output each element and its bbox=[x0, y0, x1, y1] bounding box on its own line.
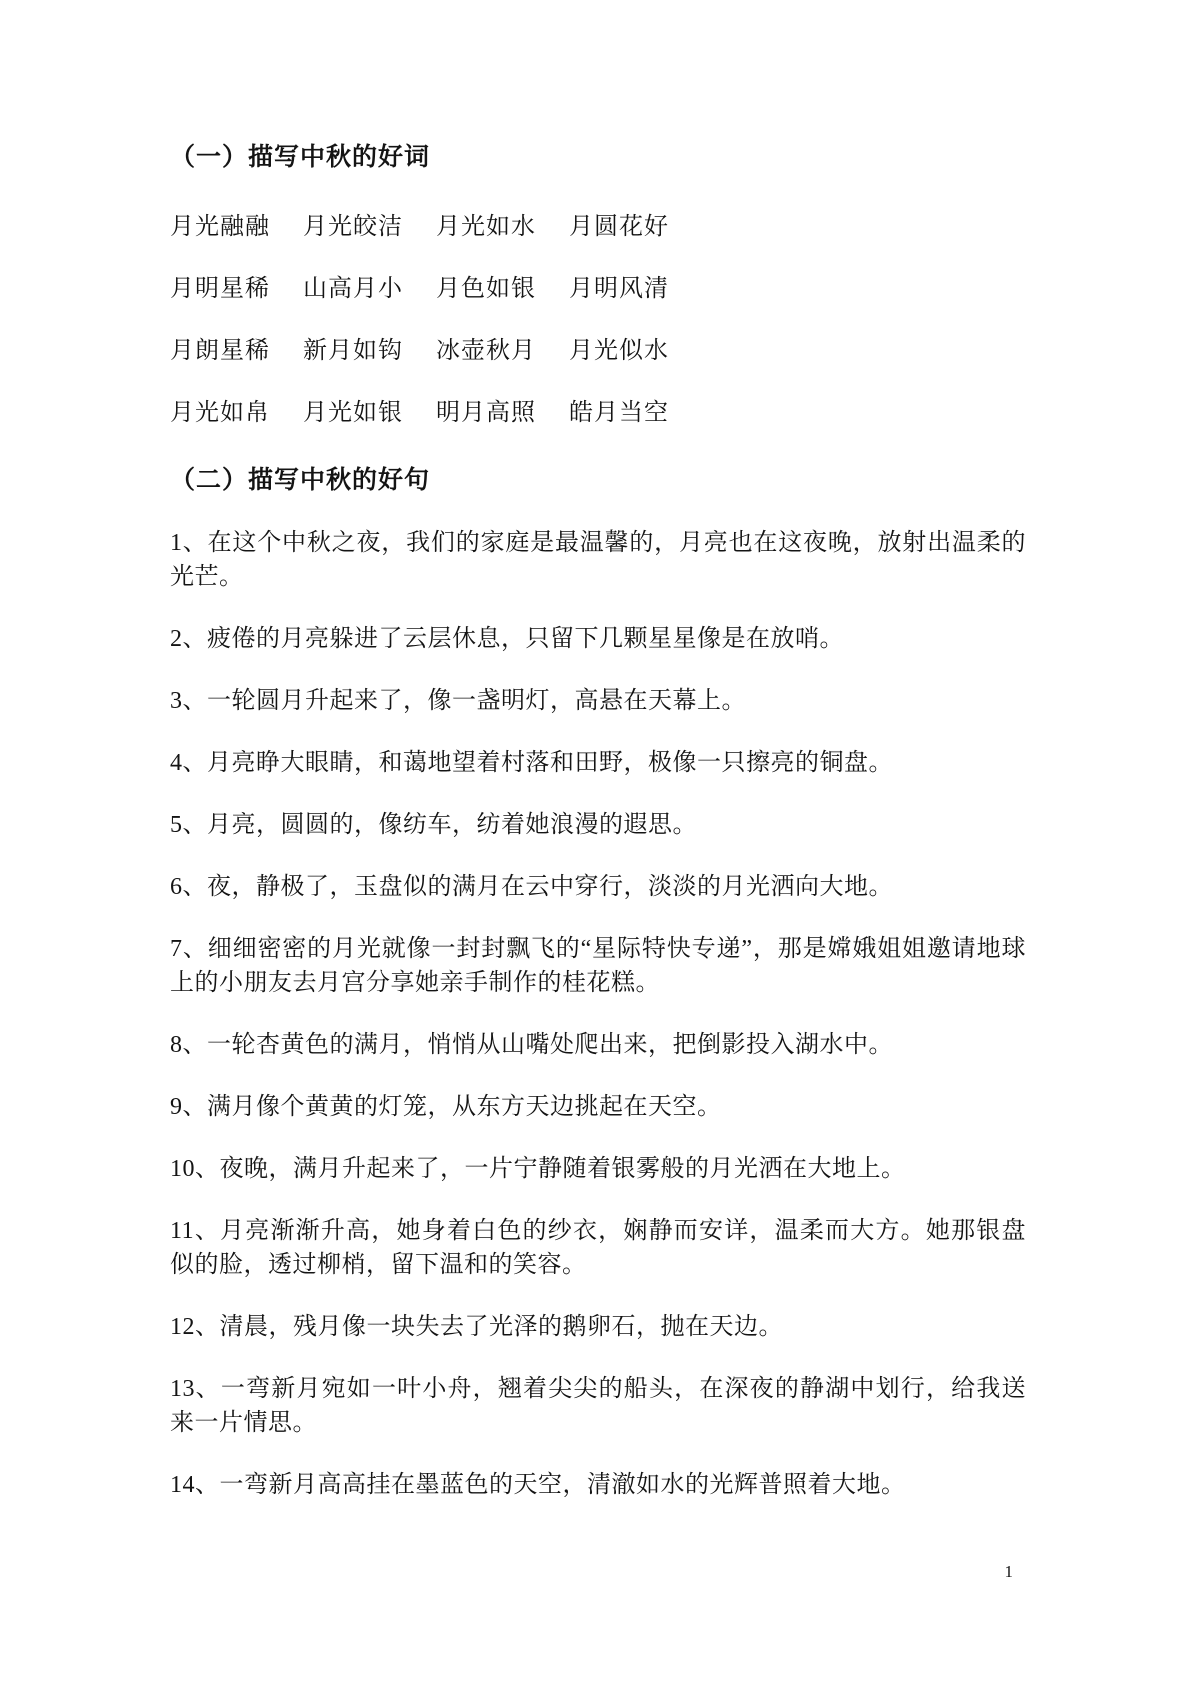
sentence-2: 2、疲倦的月亮躲进了云层休息，只留下几颗星星像是在放哨。 bbox=[170, 622, 1026, 656]
sentence-7: 7、细细密密的月光就像一封封飘飞的“星际特快专递”，那是嫦娥姐姐邀请地球上的小朋… bbox=[170, 932, 1026, 1000]
word-item: 月光如水 bbox=[436, 214, 536, 240]
page-number: 1 bbox=[1005, 1561, 1014, 1583]
sentence-11: 11、月亮渐渐升高，她身着白色的纱衣，娴静而安详，温柔而大方。她那银盘似的脸，透… bbox=[170, 1214, 1026, 1282]
document-content: （一）描写中秋的好词 月光融融 月光皎洁 月光如水 月圆花好 月明星稀 山高月小… bbox=[170, 140, 1026, 1530]
sentence-12: 12、清晨，残月像一块失去了光泽的鹅卵石，抛在天边。 bbox=[170, 1310, 1026, 1344]
sentence-9: 9、满月像个黄黄的灯笼，从东方天边挑起在天空。 bbox=[170, 1090, 1026, 1124]
word-row-4: 月光如帛 月光如银 明月高照 皓月当空 bbox=[170, 396, 1026, 430]
word-item: 明月高照 bbox=[436, 400, 536, 426]
word-item: 月光皎洁 bbox=[303, 214, 403, 240]
sentence-5: 5、月亮，圆圆的，像纺车，纺着她浪漫的遐思。 bbox=[170, 808, 1026, 842]
word-item: 月光如帛 bbox=[170, 400, 270, 426]
word-item: 月明星稀 bbox=[170, 276, 270, 302]
word-item: 月朗星稀 bbox=[170, 338, 270, 364]
document-page: （一）描写中秋的好词 月光融融 月光皎洁 月光如水 月圆花好 月明星稀 山高月小… bbox=[0, 0, 1191, 1684]
sentence-8: 8、一轮杏黄色的满月，悄悄从山嘴处爬出来，把倒影投入湖水中。 bbox=[170, 1028, 1026, 1062]
word-row-3: 月朗星稀 新月如钩 冰壶秋月 月光似水 bbox=[170, 334, 1026, 368]
sentence-4: 4、月亮睁大眼睛，和蔼地望着村落和田野，极像一只擦亮的铜盘。 bbox=[170, 746, 1026, 780]
sentence-6: 6、夜，静极了，玉盘似的满月在云中穿行，淡淡的月光洒向大地。 bbox=[170, 870, 1026, 904]
word-item: 山高月小 bbox=[303, 276, 403, 302]
word-row-2: 月明星稀 山高月小 月色如银 月明风清 bbox=[170, 272, 1026, 306]
word-item: 月光如银 bbox=[303, 400, 403, 426]
sentence-3: 3、一轮圆月升起来了，像一盏明灯，高悬在天幕上。 bbox=[170, 684, 1026, 718]
sentence-14: 14、一弯新月高高挂在墨蓝色的天空，清澈如水的光辉普照着大地。 bbox=[170, 1468, 1026, 1502]
section2-heading: （二）描写中秋的好句 bbox=[170, 463, 1026, 499]
word-row-1: 月光融融 月光皎洁 月光如水 月圆花好 bbox=[170, 210, 1026, 244]
word-item: 月明风清 bbox=[569, 276, 669, 302]
sentence-10: 10、夜晚，满月升起来了，一片宁静随着银雾般的月光洒在大地上。 bbox=[170, 1152, 1026, 1186]
word-item: 冰壶秋月 bbox=[436, 338, 536, 364]
word-item: 月色如银 bbox=[436, 276, 536, 302]
word-item: 月光融融 bbox=[170, 214, 270, 240]
word-item: 月光似水 bbox=[569, 338, 669, 364]
word-item: 月圆花好 bbox=[569, 214, 669, 240]
sentence-13: 13、一弯新月宛如一叶小舟，翘着尖尖的船头，在深夜的静湖中划行，给我送来一片情思… bbox=[170, 1372, 1026, 1440]
word-item: 新月如钩 bbox=[303, 338, 403, 364]
sentence-1: 1、在这个中秋之夜，我们的家庭是最温馨的，月亮也在这夜晚，放射出温柔的光芒。 bbox=[170, 526, 1026, 594]
word-item: 皓月当空 bbox=[569, 400, 669, 426]
section1-heading: （一）描写中秋的好词 bbox=[170, 140, 1026, 176]
